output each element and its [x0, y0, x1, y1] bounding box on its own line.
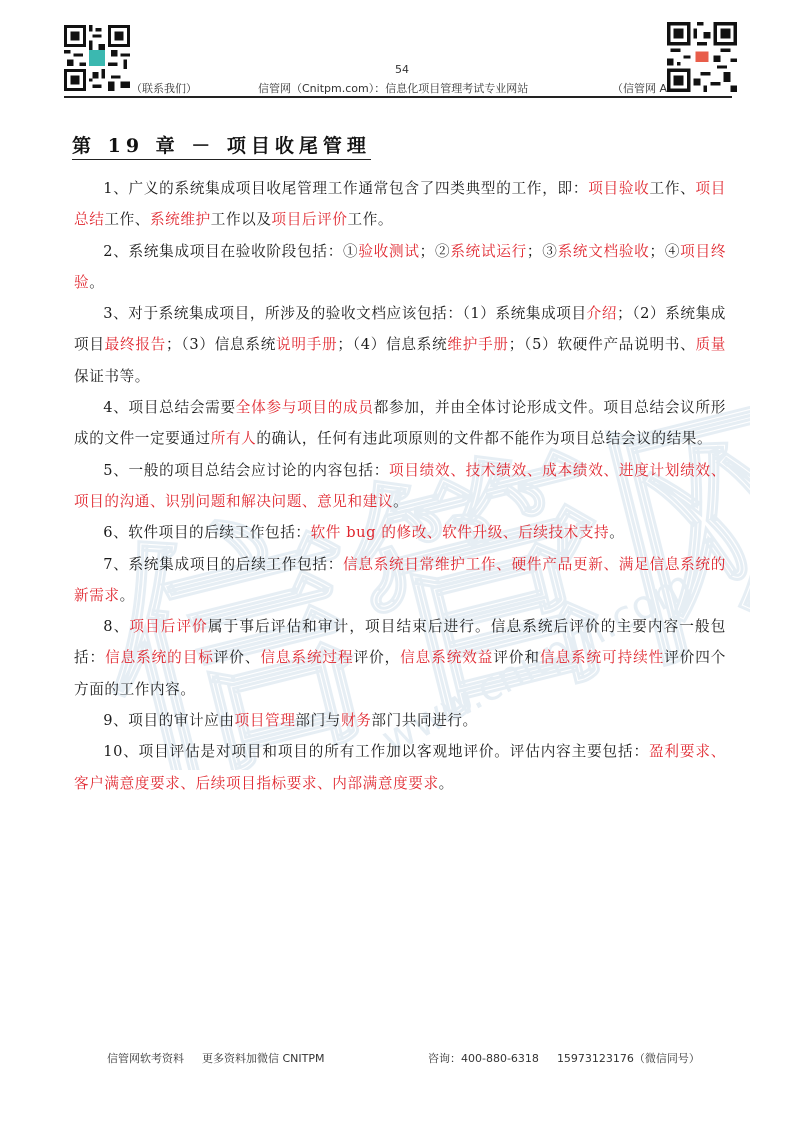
text-segment: ；③ [527, 243, 558, 260]
highlighted-term: 介绍 [587, 305, 617, 322]
highlighted-term: 验收测试 [358, 243, 419, 260]
text-segment: 评价、 [214, 649, 261, 666]
footer-left: 信管网软考资料更多资料加微信 CNITPM [107, 1050, 325, 1066]
text-segment: 部门共同进行。 [371, 712, 477, 729]
paragraph-6: 6、软件项目的后续工作包括：软件 bug 的修改、软件升级、后续技术支持。 [74, 517, 726, 548]
text-segment: 工作以及 [211, 211, 272, 228]
highlighted-term: 系统维护 [150, 211, 211, 228]
highlighted-term: 信息系统的目标 [105, 649, 214, 666]
qr-code-contact [64, 25, 130, 91]
highlighted-term: 信息系统可持续性 [540, 649, 664, 666]
text-segment: 5、一般的项目总结会应讨论的内容包括： [103, 462, 389, 479]
text-segment: 1、广义的系统集成项目收尾管理工作通常包含了四类典型的工作，即： [103, 180, 588, 197]
text-segment: 评价和 [493, 649, 540, 666]
document-body: 1、广义的系统集成项目收尾管理工作通常包含了四类典型的工作，即：项目验收工作、项… [74, 173, 726, 799]
paragraph-10: 10、项目评估是对项目和项目的所有工作加以客观地评价。评估内容主要包括：盈利要求… [74, 736, 726, 799]
text-segment: ；（3）信息系统 [166, 336, 276, 353]
highlighted-term: 质量 [695, 336, 726, 353]
text-segment: ；（4）信息系统 [337, 336, 447, 353]
highlighted-term: 软件 bug 的修改、软件升级、后续技术支持 [311, 524, 610, 541]
highlighted-term: 全体参与项目的成员 [236, 399, 374, 416]
text-segment: 8、 [103, 618, 129, 635]
header-contact-label: （联系我们） [131, 80, 197, 96]
text-segment: ；④ [650, 243, 681, 260]
paragraph-8: 8、项目后评价属于事后评估和审计，项目结束后进行。信息系统后评价的主要内容一般包… [74, 611, 726, 705]
footer-mobile: 15973123176（微信同号） [557, 1052, 700, 1065]
text-segment: 的确认，任何有违此项原则的文件都不能作为项目总结会议的结果。 [256, 430, 712, 447]
paragraph-4: 4、项目总结会需要全体参与项目的成员都参加，并由全体讨论形成文件。项目总结会议所… [74, 392, 726, 455]
text-segment: 保证书等。 [74, 368, 150, 385]
paragraph-9: 9、项目的审计应由项目管理部门与财务部门共同进行。 [74, 705, 726, 736]
text-segment: 4、项目总结会需要 [103, 399, 236, 416]
highlighted-term: 所有人 [211, 430, 257, 447]
paragraph-3: 3、对于系统集成项目，所涉及的验收文档应该包括：（1）系统集成项目介绍；（2）系… [74, 298, 726, 392]
text-segment: 3、对于系统集成项目，所涉及的验收文档应该包括：（1）系统集成项目 [103, 305, 586, 322]
paragraph-2: 2、系统集成项目在验收阶段包括：①验收测试；②系统试运行；③系统文档验收；④项目… [74, 236, 726, 299]
highlighted-term: 最终报告 [105, 336, 166, 353]
header-right-label: （信管网 AF [612, 80, 673, 96]
text-segment: ；（5）软硬件产品说明书、 [509, 336, 696, 353]
highlighted-term: 维护手册 [447, 336, 508, 353]
highlighted-term: 项目后评价 [272, 211, 348, 228]
paragraph-7: 7、系统集成项目的后续工作包括：信息系统日常维护工作、硬件产品更新、满足信息系统… [74, 549, 726, 612]
highlighted-term: 财务 [341, 712, 371, 729]
text-segment: 2、系统集成项目在验收阶段包括：① [103, 243, 358, 260]
text-segment: 。 [609, 524, 624, 541]
text-segment: 。 [120, 587, 135, 604]
highlighted-term: 项目后评价 [129, 618, 208, 635]
text-segment: 评价， [354, 649, 401, 666]
text-segment: 工作、 [650, 180, 696, 197]
footer-phone: 咨询：400-880-6318 [428, 1052, 539, 1065]
text-segment: 6、软件项目的后续工作包括： [103, 524, 310, 541]
text-segment: 工作、 [104, 211, 150, 228]
text-segment: 。 [393, 493, 408, 510]
text-segment: ；② [420, 243, 451, 260]
header-divider [64, 96, 732, 98]
footer-brand: 信管网软考资料 [107, 1052, 184, 1065]
highlighted-term: 项目管理 [235, 712, 296, 729]
text-segment: 部门与 [295, 712, 341, 729]
highlighted-term: 信息系统效益 [400, 649, 493, 666]
text-segment: 。 [439, 775, 454, 792]
qr-code-app [667, 21, 737, 93]
paragraph-1: 1、广义的系统集成项目收尾管理工作通常包含了四类典型的工作，即：项目验收工作、项… [74, 173, 726, 236]
text-segment: 10、项目评估是对项目和项目的所有工作加以客观地评价。评估内容主要包括： [103, 743, 649, 760]
highlighted-term: 系统试运行 [450, 243, 527, 260]
paragraph-5: 5、一般的项目总结会应讨论的内容包括：项目绩效、技术绩效、成本绩效、进度计划绩效… [74, 455, 726, 518]
text-segment: 。 [89, 274, 104, 291]
page-number: 54 [395, 63, 409, 76]
text-segment: 7、系统集成项目的后续工作包括： [103, 556, 343, 573]
chapter-title: 第 19 章 － 项目收尾管理 [72, 131, 371, 160]
highlighted-term: 系统文档验收 [558, 243, 650, 260]
header-site-label: 信管网（Cnitpm.com）：信息化项目管理考试专业网站 [258, 80, 528, 96]
text-segment: 9、项目的审计应由 [103, 712, 234, 729]
highlighted-term: 项目验收 [588, 180, 649, 197]
highlighted-term: 信息系统过程 [260, 649, 353, 666]
highlighted-term: 说明手册 [276, 336, 337, 353]
text-segment: 工作。 [348, 211, 394, 228]
footer-right: 咨询：400-880-631815973123176（微信同号） [428, 1050, 700, 1066]
footer-wechat: 更多资料加微信 CNITPM [202, 1052, 325, 1065]
